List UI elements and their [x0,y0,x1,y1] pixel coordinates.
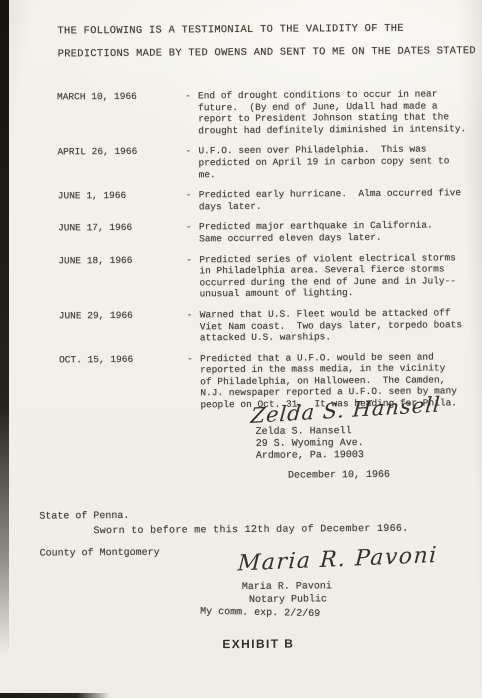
state-line: State of Penna. [39,511,159,524]
prediction-entry: APRIL 26, 1966 - U.F.O. seen over Philad… [57,144,469,182]
prediction-entry: MARCH 10, 1966 - End of drought conditio… [57,88,469,138]
notary-signature-script: Maria R. Pavoni [237,543,439,577]
entry-dash: - [185,90,198,136]
notary-title: Notary Public [249,594,327,607]
notary-name: Maria R. Pavoni [242,581,332,594]
entry-date: APRIL 26, 1966 [57,146,185,182]
entry-text: Predicted early hurricane. Alma occurred… [199,187,470,212]
entry-date: JUNE 1, 1966 [58,190,186,214]
entry-date: JUNE 18, 1966 [58,254,186,301]
page-header: THE FOLLOWING IS A TESTIMONIAL TO THE VA… [57,17,477,66]
entry-dash: - [187,353,200,411]
header-line-1: THE FOLLOWING IS A TESTIMONIAL TO THE VA… [57,17,477,43]
entry-date: MARCH 10, 1966 [57,90,185,137]
document-date: December 10, 1966 [288,470,390,483]
prediction-list: MARCH 10, 1966 - End of drought conditio… [57,88,472,421]
entry-text: Predicted major earthquake in California… [199,220,470,245]
entry-text: U.F.O. seen over Philadelphia. This was … [198,144,469,181]
entry-dash: - [186,254,199,300]
entry-dash: - [185,146,198,181]
entry-text: End of drought conditions to occur in ne… [198,88,469,137]
entry-date: JUNE 29, 1966 [59,309,187,345]
entry-dash: - [186,222,199,245]
header-line-2: PREDICTIONS MADE BY TED OWENS AND SENT T… [58,40,478,66]
prediction-entry: JUNE 17, 1966 - Predicted major earthqua… [58,220,470,246]
sworn-statement: Sworn to before me this 12th day of Dece… [93,524,408,539]
witness-typed-block: Zelda S. Hansell 29 S. Wyoming Ave. Ardm… [256,426,364,463]
document-page: THE FOLLOWING IS A TESTIMONIAL TO THE VA… [0,0,482,698]
county-line: County of Montgomery [40,548,160,561]
exhibit-label: EXHIBIT B [222,637,294,652]
entry-text: Predicted series of violent electrical s… [199,252,470,301]
entry-dash: - [186,189,199,212]
entry-date: JUNE 17, 1966 [58,222,186,246]
notary-commission: My comm. exp. 2/2/69 [200,607,320,622]
prediction-entry: JUNE 1, 1966 - Predicted early hurricane… [58,187,470,213]
entry-text: Warned that U.S. Fleet would be attacked… [200,307,471,344]
prediction-entry: JUNE 18, 1966 - Predicted series of viol… [58,252,470,302]
prediction-entry: JUNE 29, 1966 - Warned that U.S. Fleet w… [59,307,471,345]
entry-dash: - [187,309,200,344]
page-content: THE FOLLOWING IS A TESTIMONIAL TO THE VA… [0,0,482,698]
entry-date: OCT. 15, 1966 [59,353,187,412]
